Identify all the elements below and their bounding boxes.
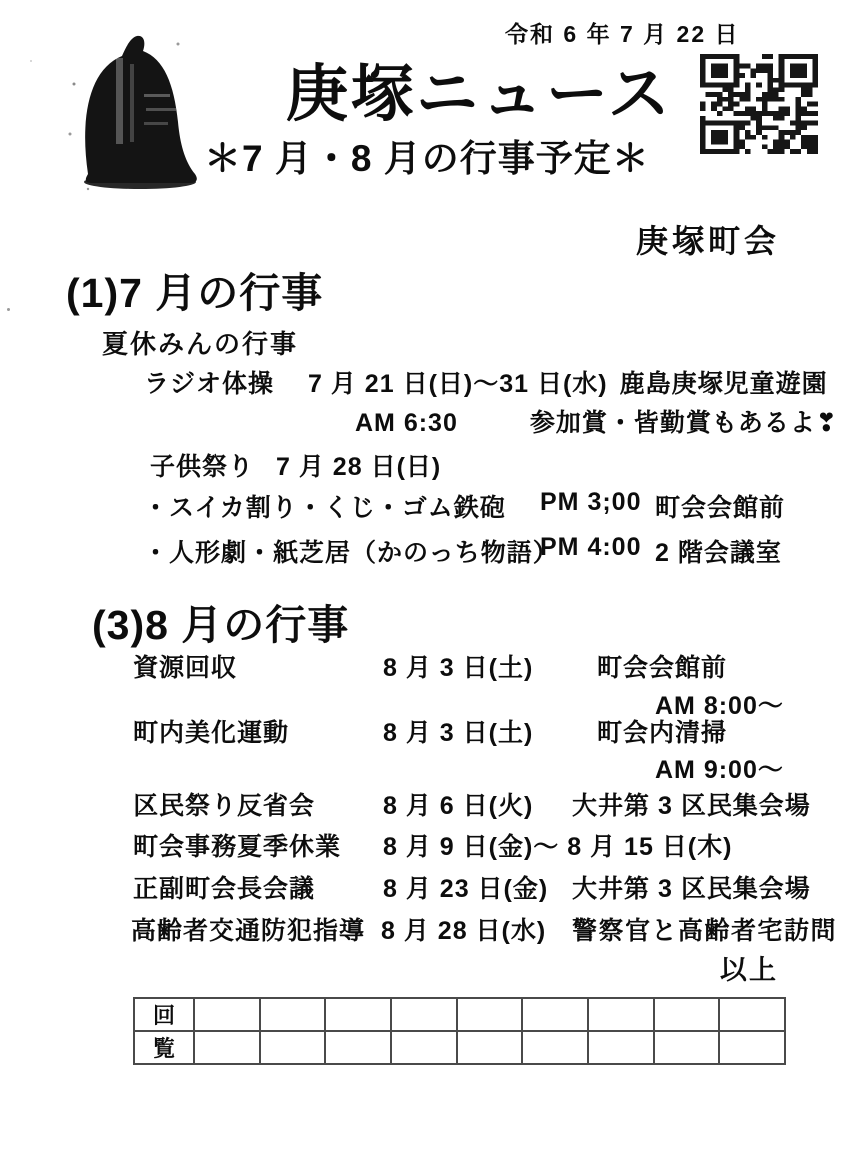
event-name: 資源回収 [133, 648, 237, 684]
kairan-cell [719, 1031, 785, 1064]
kairan-cell [457, 1031, 523, 1064]
kairan-row-bottom: 覧 [134, 1031, 785, 1064]
event-time: AM 9:00～ [655, 750, 784, 786]
kairan-cell [588, 1031, 654, 1064]
kairan-cell [457, 998, 523, 1031]
kairan-circulation-table: 回 覧 [133, 997, 786, 1065]
temple-bell-photo [58, 24, 203, 196]
kairan-cell [391, 1031, 457, 1064]
kairan-cell [325, 998, 391, 1031]
event-name: 区民祭り反省会 [133, 786, 315, 822]
event-place: 大井第 3 区民集会場 [572, 869, 811, 905]
closing-ijou: 以上 [720, 948, 778, 987]
kairan-label-ran: 覧 [134, 1031, 194, 1064]
event-label: ・スイカ割り・くじ・ゴム鉄砲 [143, 494, 506, 522]
event-date: 8 月 6 日(火) [383, 786, 533, 822]
event-line-radio-time: AM 6:30参加賞・皆勤賞もあるよ❣ [355, 403, 838, 439]
event-place: 鹿島庚塚児童遊園 [620, 370, 828, 398]
event-line-kodomo-matsuri: 子供祭り7 月 28 日(日) [150, 447, 441, 483]
event-place: 町会会館前 [655, 488, 785, 524]
event-time: PM 4:00 [540, 533, 641, 562]
event-name: ラジオ体操 [144, 370, 274, 398]
event-date: 8 月 28 日(水) [381, 911, 546, 947]
event-note: 参加賞・皆勤賞もあるよ❣ [530, 409, 838, 437]
july-subheading: 夏休みんの行事 [102, 324, 298, 361]
event-place: 警察官と高齢者宅訪問 [572, 911, 837, 947]
event-name: 子供祭り [150, 453, 254, 481]
kairan-cell [325, 1031, 391, 1064]
event-line-ningyogeki: ・人形劇・紙芝居（かのっち物語） PM 4:00 2 階会議室 [143, 533, 559, 569]
event-place: 町会会館前 [597, 648, 727, 684]
event-name: 町内美化運動 [133, 713, 289, 749]
event-line-radio-taiso: ラジオ体操7 月 21 日(日)～31 日(水)鹿島庚塚児童遊園 [144, 364, 828, 400]
newsletter-subtitle: ＊7 月・8 月の行事予定＊ [204, 128, 650, 182]
event-date: 8 月 23 日(金) [383, 869, 548, 905]
kairan-cell [654, 1031, 720, 1064]
newsletter-page: 令和 6 年 7 月 22 日 庚塚ニュース ＊7 月・8 月の行事予定＊ 庚塚… [0, 0, 850, 1170]
scan-noise-dot [215, 150, 217, 153]
kairan-cell [522, 998, 588, 1031]
kairan-cell [260, 998, 326, 1031]
event-label: ・人形劇・紙芝居（かのっち物語） [143, 539, 559, 567]
kairan-cell [654, 998, 720, 1031]
section-heading-august: (3)8 月の行事 [92, 592, 349, 651]
event-name: 町会事務夏季休業 [133, 827, 341, 863]
event-name: 正副町会長会議 [133, 869, 315, 905]
qr-code-icon [700, 54, 818, 154]
kairan-label-kai: 回 [134, 998, 194, 1031]
organization-name: 庚塚町会 [636, 216, 780, 262]
kairan-cell [522, 1031, 588, 1064]
newsletter-title: 庚塚ニュース [286, 44, 673, 133]
event-date: 7 月 21 日(日)～31 日(水) [308, 370, 608, 398]
kairan-cell [588, 998, 654, 1031]
kairan-cell [194, 998, 260, 1031]
section-heading-july: (1)7 月の行事 [66, 260, 323, 319]
event-place: 大井第 3 区民集会場 [572, 786, 811, 822]
event-time: AM 6:30 [355, 409, 458, 437]
kairan-cell [260, 1031, 326, 1064]
kairan-row-top: 回 [134, 998, 785, 1031]
event-date: 8 月 3 日(土) [383, 713, 533, 749]
event-date: 8 月 9 日(金)～ 8 月 15 日(木) [383, 827, 732, 863]
event-date: 8 月 3 日(土) [383, 648, 533, 684]
kairan-cell [194, 1031, 260, 1064]
scan-noise-dot [7, 308, 10, 311]
event-place: 町会内清掃 [597, 713, 727, 749]
event-time: PM 3;00 [540, 488, 641, 517]
event-line-suika: ・スイカ割り・くじ・ゴム鉄砲 PM 3;00 町会会館前 [143, 488, 506, 524]
event-name: 高齢者交通防犯指導 [131, 911, 365, 947]
scan-noise-dot [30, 60, 32, 62]
kairan-cell [719, 998, 785, 1031]
kairan-cell [391, 998, 457, 1031]
event-date: 7 月 28 日(日) [276, 453, 441, 481]
event-place: 2 階会議室 [655, 533, 782, 569]
